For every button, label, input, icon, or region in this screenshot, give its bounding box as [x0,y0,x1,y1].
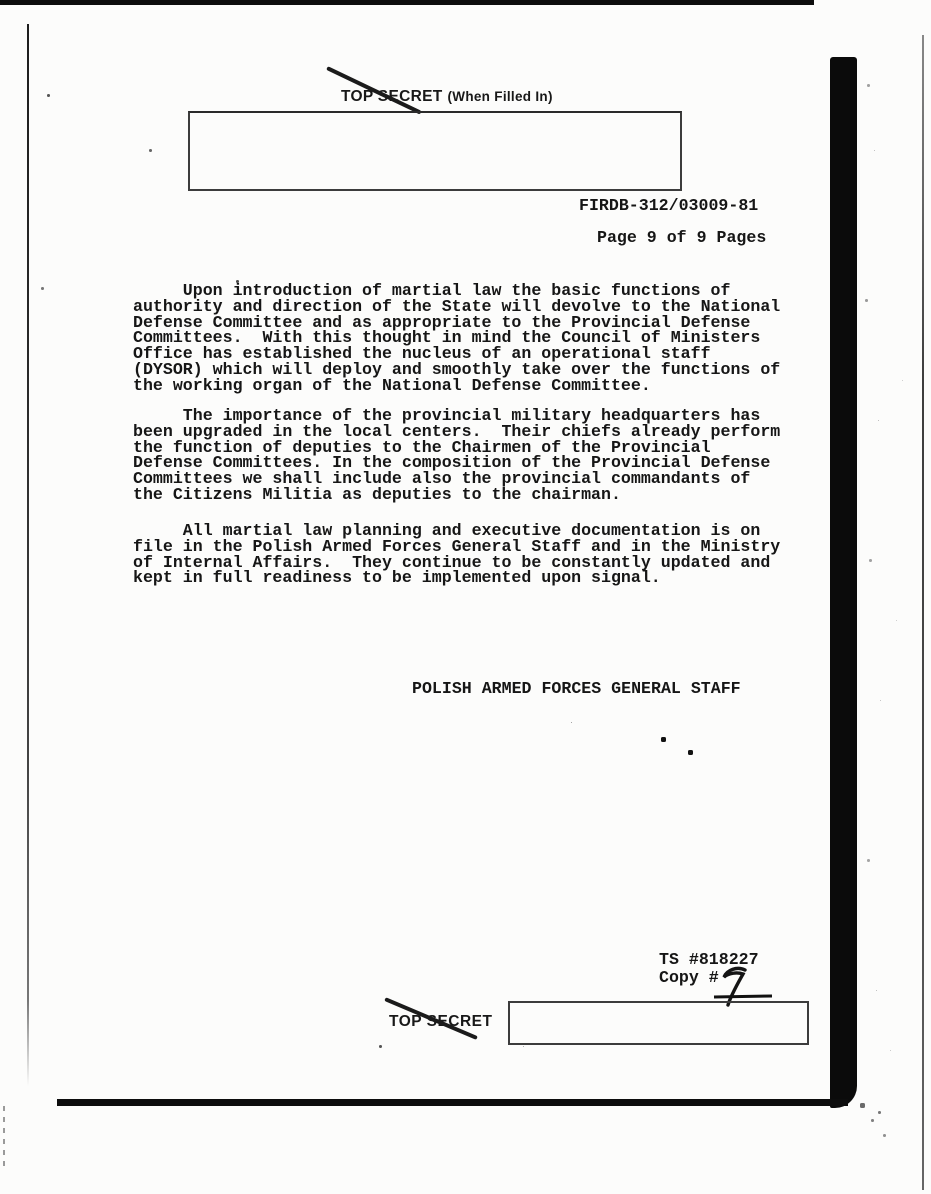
page-left-border-line [27,24,29,1086]
document-number: FIRDB-312/03009-81 [579,198,758,214]
routing-stamp-box-bottom [508,1001,809,1045]
scan-edge-top [0,0,814,5]
body-paragraph-3: All martial law planning and executive d… [133,523,780,586]
page-bottom-border-line [57,1099,848,1106]
scan-edge-right-line [922,35,924,1190]
routing-stamp-box-top [188,111,682,191]
binding-black-bar [830,57,857,1108]
scanned-document-page: TOP SECRET(When Filled In) FIRDB-312/030… [0,0,931,1194]
scan-edge-left-dashes [3,1106,5,1170]
body-paragraph-2: The importance of the provincial militar… [133,408,780,503]
scan-noise [0,0,1,1]
page-count-label: Page 9 of 9 Pages [597,230,766,246]
source-attribution: POLISH ARMED FORCES GENERAL STAFF [412,681,741,697]
copy-number-underline [714,994,772,998]
body-paragraph-1: Upon introduction of martial law the bas… [133,283,780,394]
classification-top-suffix: (When Filled In) [447,89,552,104]
